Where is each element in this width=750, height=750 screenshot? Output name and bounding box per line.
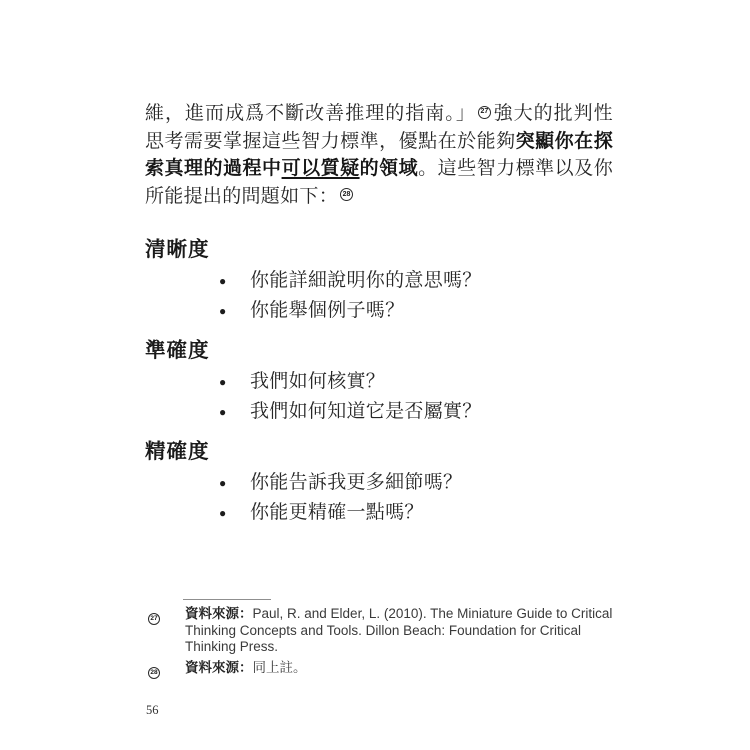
list-item: ●你能詳細說明你的意思嗎？ [145,266,613,296]
section-heading-clarity: 清晰度 [145,238,613,262]
question-list: ●我們如何核實？ ●我們如何知道它是否屬實？ [145,367,613,427]
bold-emphasis: 的領域 [360,158,419,179]
bullet-icon: ● [219,367,227,397]
section-heading-precision: 精確度 [145,440,613,464]
bullet-icon: ● [219,266,227,296]
paragraph-text: 維，進而成爲不斷改善推理的指南。」 [145,103,476,124]
footnote-source-label: 資料來源： [185,606,253,621]
bullet-icon: ● [219,468,227,498]
question-list: ●你能告訴我更多細節嗎？ ●你能更精確一點嗎？ [145,468,613,528]
footnote-text: 同上註。 [253,660,307,675]
circled-number-icon: 27 [478,106,491,119]
book-page: 維，進而成爲不斷改善推理的指南。」27強大的批判性思考需要掌握這些智力標準，優點… [0,0,750,750]
question-list: ●你能詳細說明你的意思嗎？ ●你能舉個例子嗎？ [145,266,613,326]
bullet-icon: ● [219,498,227,528]
list-item-text: 你能告訴我更多細節嗎？ [250,472,462,493]
footnotes-block: 27 資料來源：Paul, R. and Elder, L. (2010). T… [145,599,615,676]
bold-underline-emphasis: 可以質疑 [282,158,360,179]
list-item-text: 我們如何知道它是否屬實？ [250,401,482,422]
list-item: ●你能更精確一點嗎？ [145,498,613,528]
list-item-text: 我們如何核實？ [250,371,385,392]
section-heading-accuracy: 準確度 [145,339,613,363]
footnote-28: 28 資料來源：同上註。 [145,660,615,677]
list-item-text: 你能詳細說明你的意思嗎？ [250,270,482,291]
circled-number-icon: 28 [148,662,160,679]
circled-number-icon: 28 [340,188,353,201]
list-item: ●我們如何核實？ [145,367,613,397]
circled-number-icon: 27 [148,608,160,625]
list-item: ●你能舉個例子嗎？ [145,296,613,326]
footnote-divider [183,599,271,600]
footnote-ref-27: 27 [478,106,491,119]
bullet-icon: ● [219,296,227,326]
page-number: 56 [146,703,159,718]
footnote-source-label: 資料來源： [185,660,253,675]
list-item-text: 你能舉個例子嗎？ [250,300,404,321]
list-item-text: 你能更精確一點嗎？ [250,502,424,523]
page-content: 維，進而成爲不斷改善推理的指南。」27強大的批判性思考需要掌握這些智力標準，優點… [145,100,613,528]
list-item: ●我們如何知道它是否屬實？ [145,397,613,427]
body-paragraph: 維，進而成爲不斷改善推理的指南。」27強大的批判性思考需要掌握這些智力標準，優點… [145,100,613,210]
list-item: ●你能告訴我更多細節嗎？ [145,468,613,498]
footnote-27: 27 資料來源：Paul, R. and Elder, L. (2010). T… [145,606,615,656]
footnote-ref-28: 28 [340,188,353,201]
bullet-icon: ● [219,397,227,427]
